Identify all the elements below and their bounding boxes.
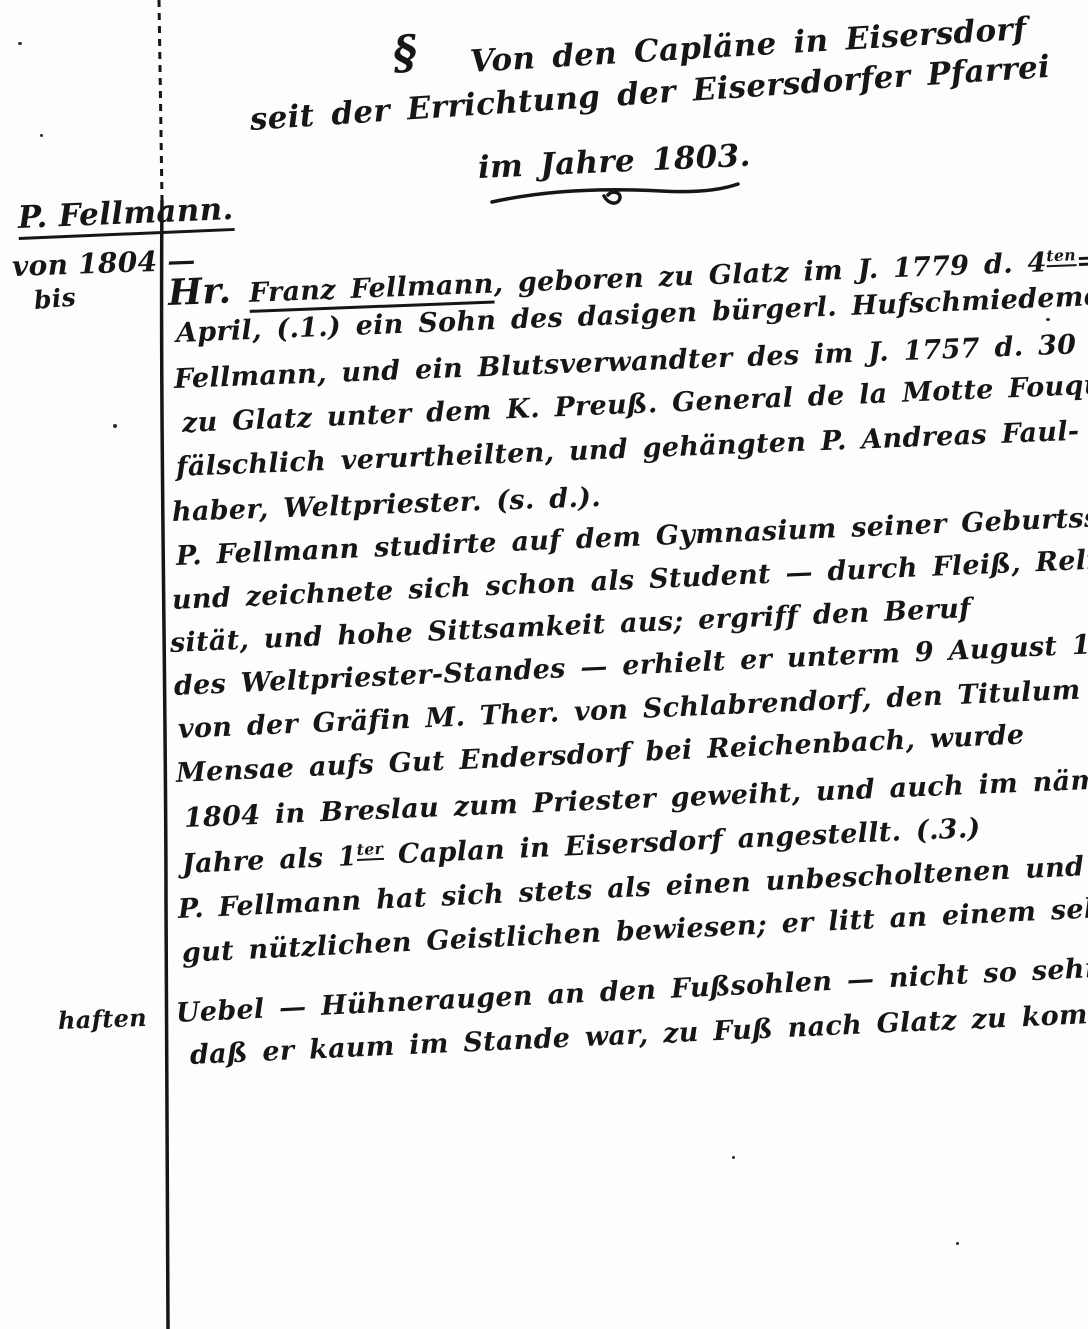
scan-speck xyxy=(1046,318,1050,321)
ordinal-suffix: ten xyxy=(1046,245,1076,267)
scan-speck xyxy=(40,134,43,137)
scan-speck xyxy=(956,1242,959,1245)
scan-speck xyxy=(18,42,22,45)
margin-note-bis: bis xyxy=(33,282,77,315)
caplan-sup: ter xyxy=(356,839,383,861)
manuscript-page: § Von den Capläne in Eisersdorf seit der… xyxy=(0,0,1088,1329)
salutation: Hr. xyxy=(167,269,250,314)
section-mark: § xyxy=(391,24,419,80)
line-break-mark: = xyxy=(1075,245,1088,277)
margin-catchword: haften xyxy=(57,1003,147,1035)
scan-speck xyxy=(113,424,117,428)
scan-speck xyxy=(732,1156,735,1159)
